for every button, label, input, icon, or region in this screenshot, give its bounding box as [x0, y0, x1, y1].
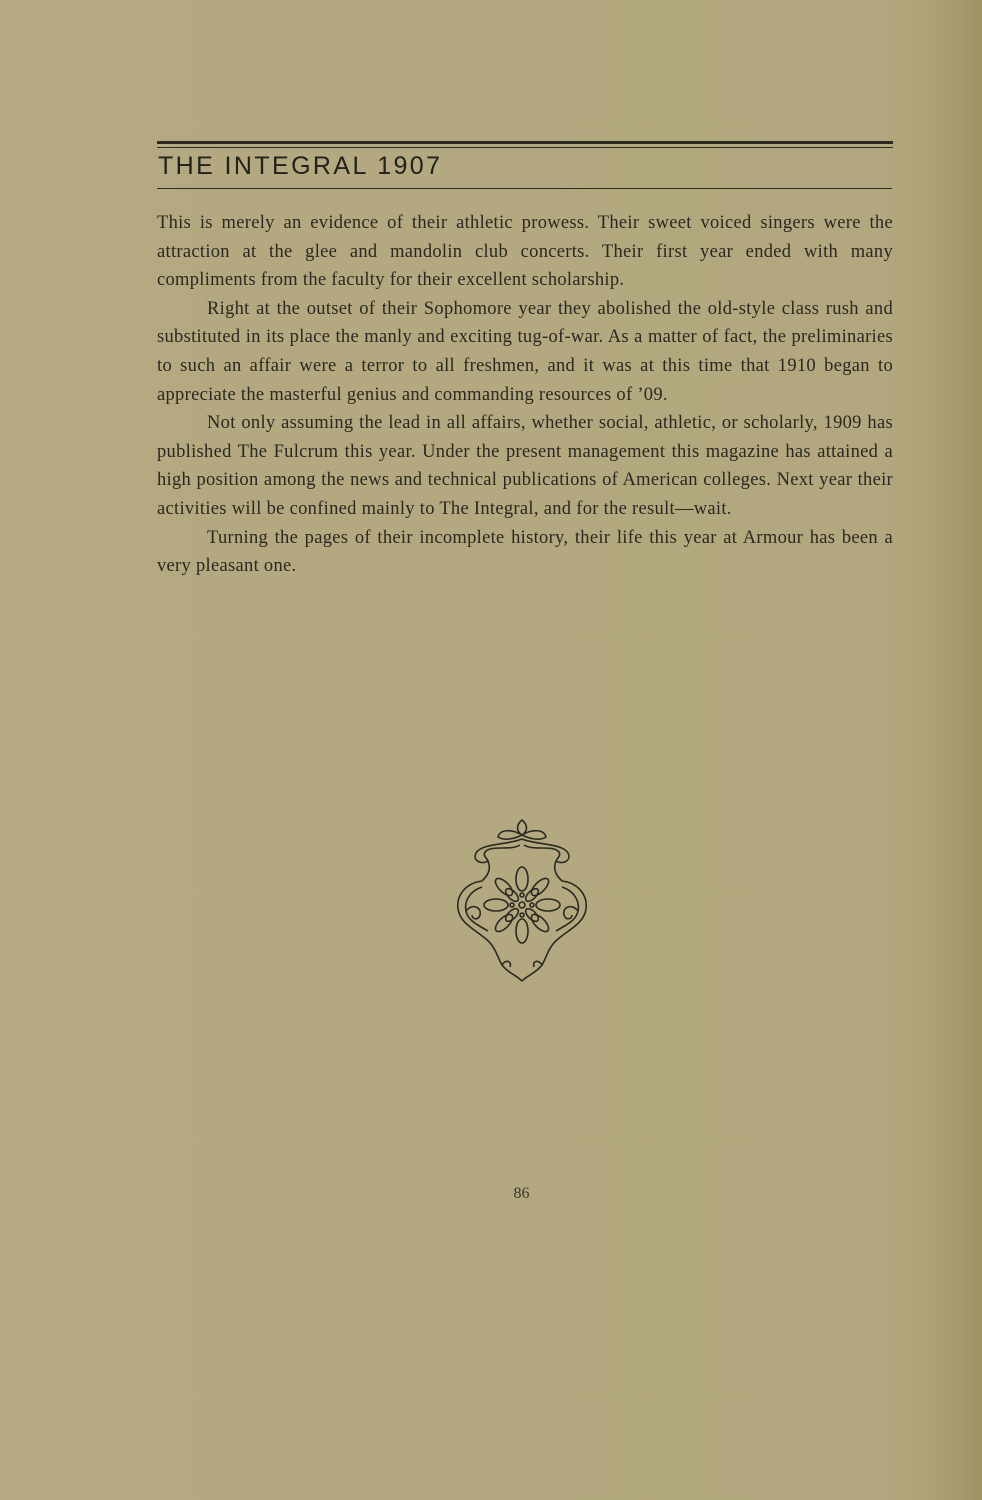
page-number: 86: [0, 1185, 982, 1203]
floral-ornament-icon: [452, 815, 592, 985]
running-header-title: THE INTEGRAL 1907: [158, 152, 442, 181]
paragraph-3: Not only assuming the lead in all affair…: [157, 409, 893, 523]
body-text: This is merely an evidence of their athl…: [157, 209, 893, 581]
header-rule-bottom: [157, 188, 892, 189]
paragraph-1: This is merely an evidence of their athl…: [157, 209, 893, 295]
header-rule-thin: [157, 147, 893, 148]
header-rule-thick: [157, 141, 893, 144]
book-page: THE INTEGRAL 1907 This is merely an evid…: [0, 0, 982, 1500]
paragraph-2: Right at the outset of their Sophomore y…: [157, 295, 893, 409]
paragraph-4: Turning the pages of their incomplete hi…: [157, 524, 893, 581]
